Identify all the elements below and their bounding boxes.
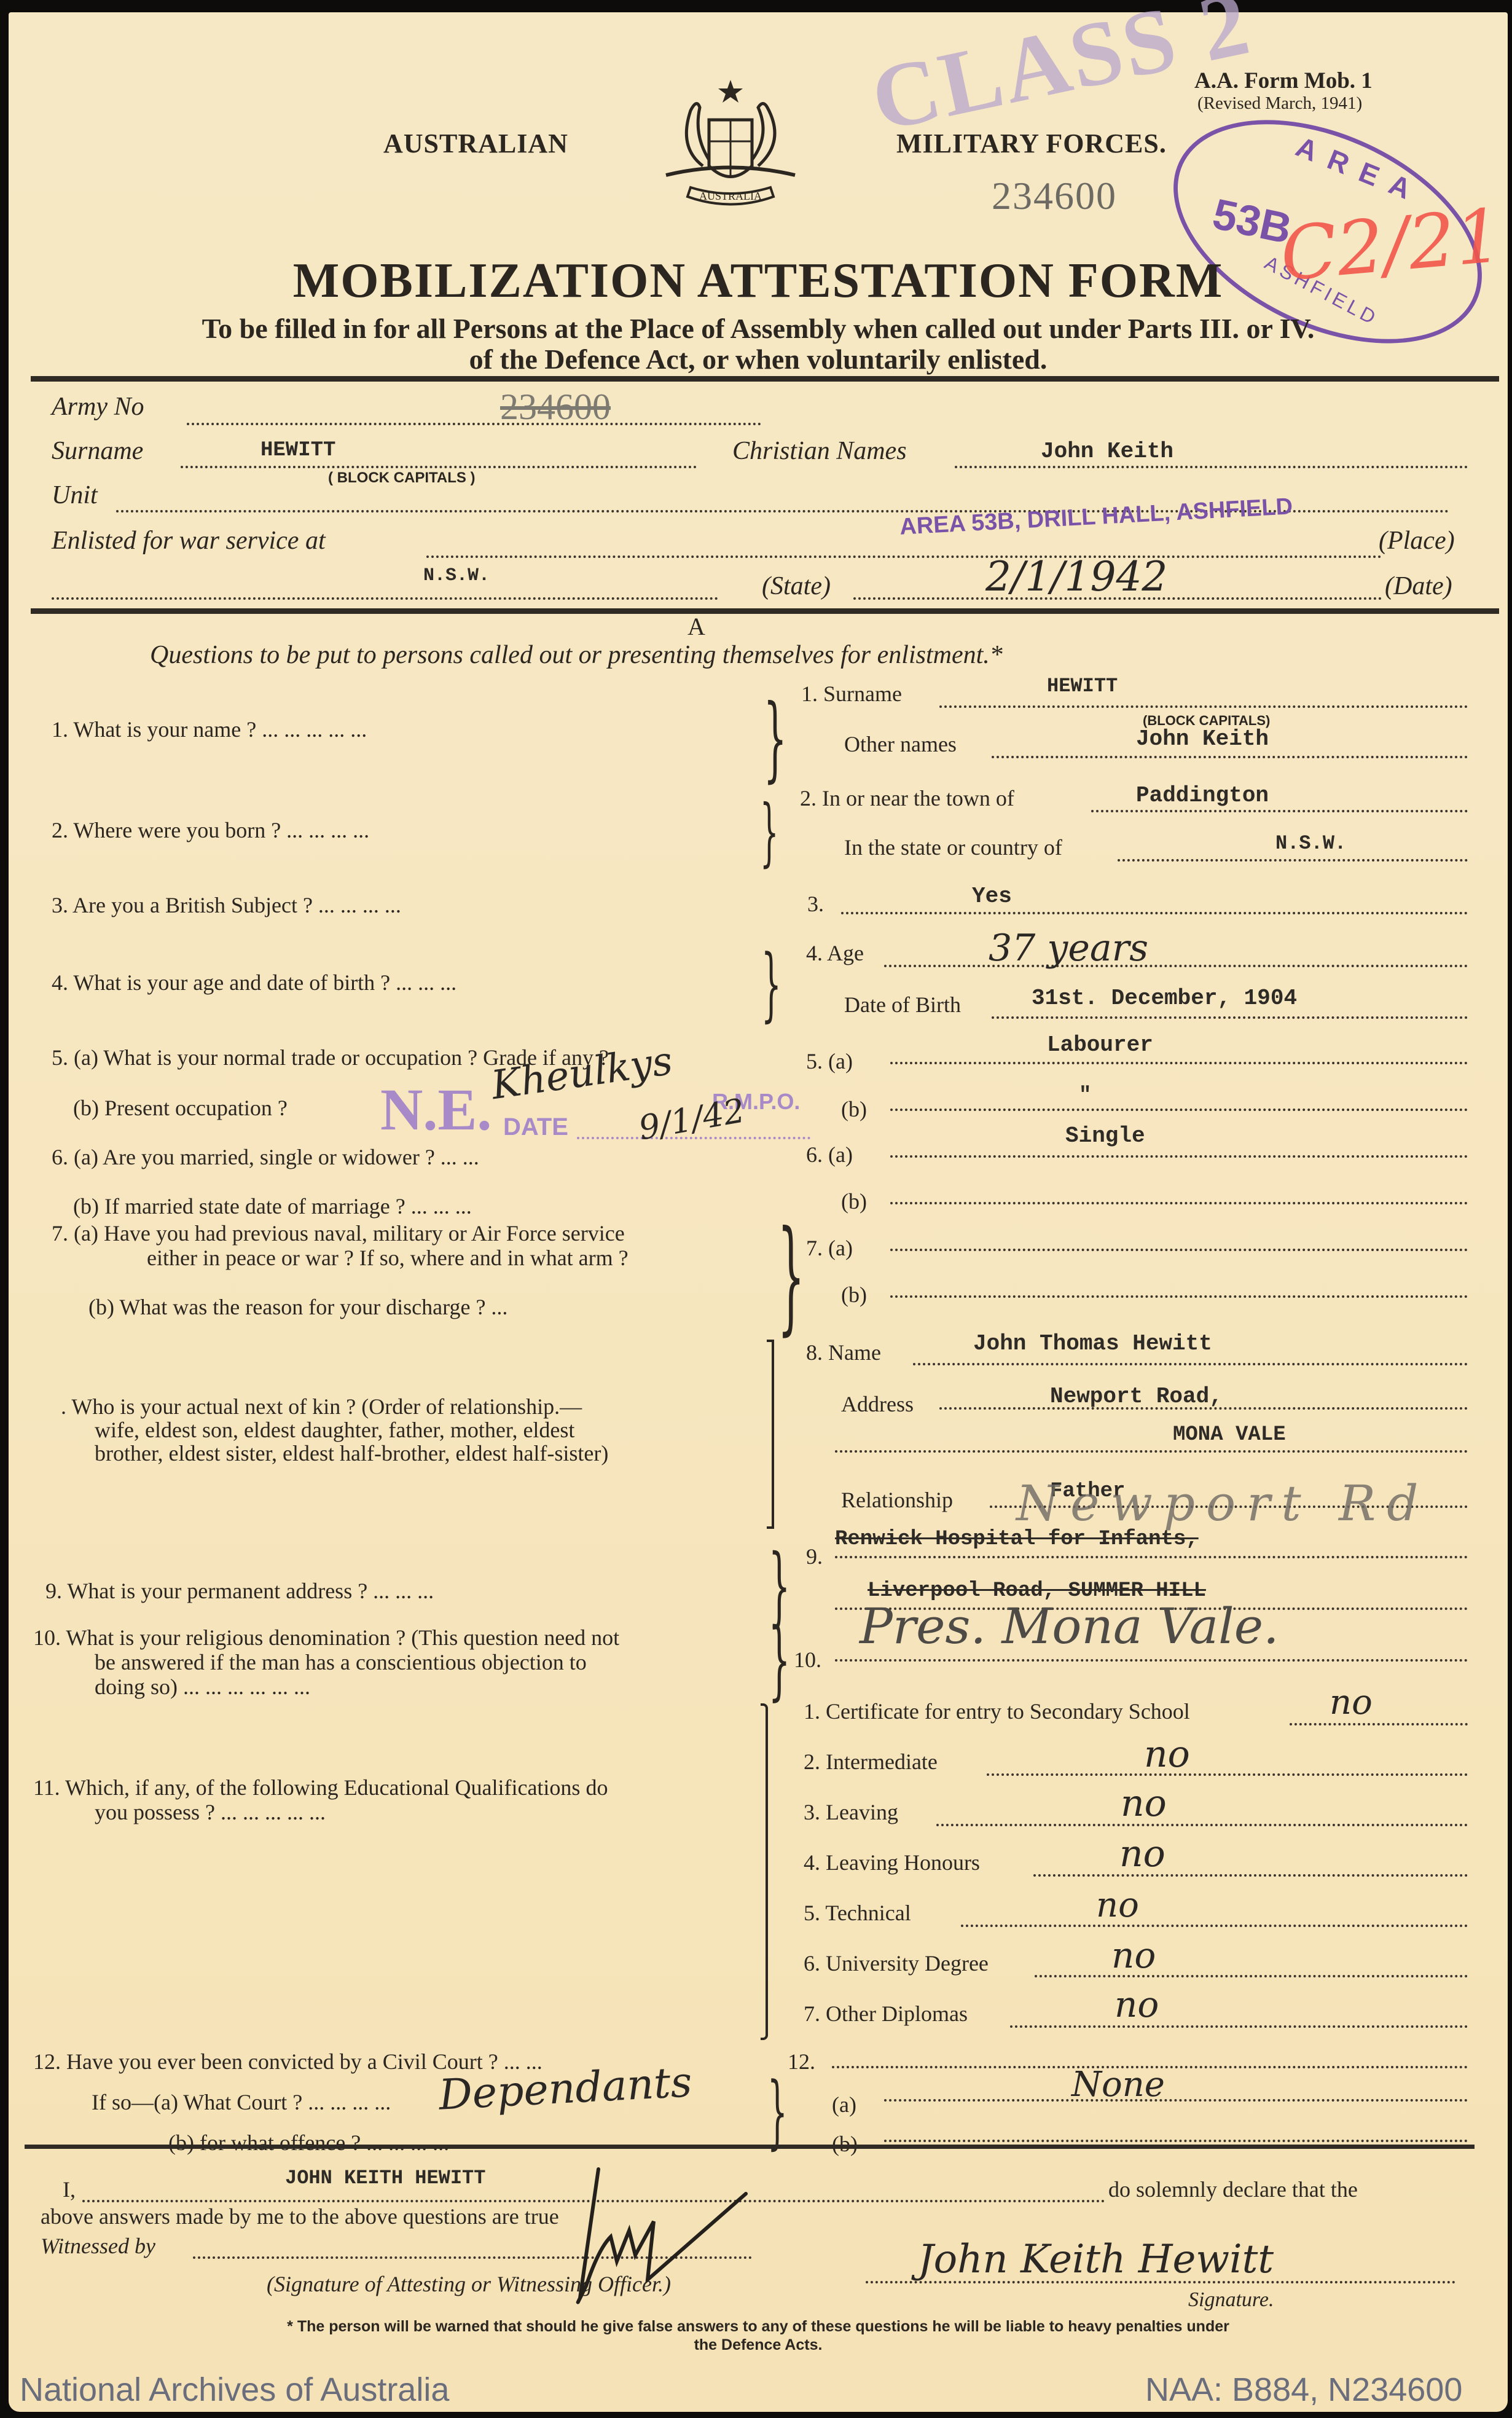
question-12a: If so—(a) What Court ? ... ... ... ... <box>92 2089 391 2115</box>
question-3: 3. Are you a British Subject ? ... ... .… <box>52 892 401 918</box>
brace-icon: } <box>764 685 787 792</box>
answer-11-item-2-value: no <box>1144 1733 1190 1776</box>
declaration-i-label: I, <box>63 2177 76 2202</box>
answer-4-age-field[interactable] <box>884 965 1468 967</box>
answer-10-label: 10. <box>794 1647 821 1673</box>
declaration-name: JOHN KEITH HEWITT <box>285 2167 485 2189</box>
answer-8-address-label: Address <box>841 1391 914 1417</box>
question-1: 1. What is your name ? ... ... ... ... .… <box>52 716 367 742</box>
applicant-signature: John Keith Hewitt <box>918 2237 1274 2282</box>
surname-field[interactable] <box>181 466 697 468</box>
answer-5b-label: (b) <box>841 1096 867 1122</box>
question-6a: 6. (a) Are you married, single or widowe… <box>52 1144 479 1170</box>
answer-2-town-field[interactable] <box>1091 810 1468 812</box>
answer-3-label: 3. <box>807 891 824 917</box>
answer-5a-label: 5. (a) <box>806 1048 853 1074</box>
enlisted-place-value: AREA 53B, DRILL HALL, ASHFIELD <box>899 493 1293 540</box>
answer-11-item-5-value: no <box>1096 1885 1139 1925</box>
block-capitals-note: ( BLOCK CAPITALS ) <box>328 469 476 487</box>
answer-11-item-3-value: no <box>1121 1782 1167 1825</box>
answer-9-field[interactable] <box>835 1556 1468 1558</box>
answer-2-town-value: Paddington <box>1136 783 1269 808</box>
answer-6b-field[interactable] <box>890 1202 1468 1204</box>
answer-4-age-value: 37 years <box>989 927 1148 970</box>
answer-5a-field[interactable] <box>890 1062 1468 1064</box>
state-value: N.S.W. <box>423 565 490 586</box>
answer-12-label: 12. <box>788 2049 815 2075</box>
date-label: (Date) <box>1385 571 1452 601</box>
answer-11-item-2-field[interactable] <box>987 1773 1468 1776</box>
question-7a-line1: 7. (a) Have you had previous naval, mili… <box>52 1220 625 1246</box>
answer-6b-label: (b) <box>841 1188 867 1214</box>
answer-11-item-1-field[interactable] <box>1290 1723 1468 1725</box>
answer-11-item-2-label: 2. Intermediate <box>804 1749 938 1775</box>
answer-11-item-3-field[interactable] <box>936 1824 1468 1826</box>
witness-signature-scribble <box>562 2163 770 2310</box>
form-title: MOBILIZATION ATTESTATION FORM <box>9 253 1508 309</box>
answer-11-item-4-field[interactable] <box>1033 1874 1468 1877</box>
answer-3-value: Yes <box>972 884 1012 909</box>
header-right-title: MILITARY FORCES. <box>896 128 1167 159</box>
answer-11-item-7-field[interactable] <box>1010 2025 1468 2028</box>
footnote-line1: * The person will be warned that should … <box>9 2318 1508 2336</box>
bracket <box>761 1703 768 2040</box>
stamped-number: 234600 <box>992 173 1117 219</box>
attestation-form-page: A.A. Form Mob. 1 (Revised March, 1941) C… <box>9 12 1508 2412</box>
bracket <box>767 1340 774 1529</box>
answer-3-field[interactable] <box>841 912 1468 914</box>
question-8-line1: . Who is your actual next of kin ? (Orde… <box>61 1394 582 1419</box>
answer-6a-field[interactable] <box>890 1155 1468 1158</box>
brace-icon: } <box>760 790 779 875</box>
question-5b: (b) Present occupation ? <box>73 1095 288 1121</box>
question-11-line1: 11. Which, if any, of the following Educ… <box>33 1775 608 1800</box>
answer-8-name-field[interactable] <box>913 1363 1468 1365</box>
enlisted-label: Enlisted for war service at <box>52 526 326 555</box>
declaration-line2: above answers made by me to the above qu… <box>41 2204 559 2229</box>
question-7a-line2: either in peace or war ? If so, where an… <box>147 1245 629 1271</box>
answer-11-item-3-label: 3. Leaving <box>804 1799 898 1825</box>
answer-11-item-6-value: no <box>1111 1934 1156 1976</box>
footnote-line2: the Defence Acts. <box>9 2336 1508 2354</box>
question-4: 4. What is your age and date of birth ? … <box>52 970 456 995</box>
state-field[interactable] <box>52 597 718 600</box>
brace-icon: } <box>761 937 781 1030</box>
answer-4-dob-field[interactable] <box>992 1016 1468 1019</box>
answer-10-value: Pres. Mona Vale. <box>860 1598 1279 1655</box>
answer-12a-field[interactable] <box>884 2099 1468 2102</box>
ne-rmpo-stamp: N.E. R.M.P.O. DATE Kheulkys 9/1/42 <box>380 1075 810 1143</box>
divider <box>31 608 1499 614</box>
answer-5a-value: Labourer <box>1047 1032 1153 1058</box>
brace-icon: } <box>769 1610 791 1710</box>
section-intro: Questions to be put to persons called ou… <box>150 640 1003 670</box>
answer-7a-label: 7. (a) <box>806 1235 853 1261</box>
answer-2-state-value: N.S.W. <box>1275 832 1346 855</box>
brace-icon: } <box>777 1204 805 1348</box>
answer-8-name-value: John Thomas Hewitt <box>973 1331 1212 1356</box>
answer-6a-value: Single <box>1065 1123 1145 1148</box>
divider <box>25 2145 1475 2149</box>
answer-12a-value: None <box>1071 2065 1165 2105</box>
christian-names-value: John Keith <box>1041 439 1173 464</box>
question-10-line1: 10. What is your religious denomination … <box>33 1625 619 1651</box>
state-label: (State) <box>762 571 831 601</box>
svg-text:AUSTRALIA: AUSTRALIA <box>699 190 762 202</box>
answer-11-item-7-value: no <box>1114 1984 1159 2025</box>
question-8-line3: brother, eldest sister, eldest half-brot… <box>95 1440 608 1466</box>
form-subtitle-2: of the Defence Act, or when voluntarily … <box>9 343 1508 375</box>
answer-6a-label: 6. (a) <box>806 1142 853 1168</box>
answer-8-address-field-2[interactable] <box>835 1450 1468 1453</box>
date-value: 2/1/1942 <box>985 553 1167 600</box>
divider <box>31 376 1499 382</box>
enlisted-place-field[interactable] <box>426 555 1382 558</box>
question-12b: (b) for what offence ? ... ... ... ... <box>168 2130 449 2156</box>
question-11-line2: you possess ? ... ... ... ... ... <box>95 1799 326 1825</box>
answer-11-item-6-label: 6. University Degree <box>804 1950 989 1976</box>
answer-4-dob-label: Date of Birth <box>844 992 961 1018</box>
answer-9-label: 9. <box>806 1544 823 1569</box>
unit-label: Unit <box>52 481 98 510</box>
answer-7a-field[interactable] <box>890 1249 1468 1251</box>
question-10-line3: doing so) ... ... ... ... ... ... <box>95 1674 310 1700</box>
answer-1-other-value: John Keith <box>1136 726 1269 752</box>
answer-1-surname-value: HEWITT <box>1047 675 1118 697</box>
answer-4-dob-value: 31st. December, 1904 <box>1032 986 1297 1011</box>
answer-1-surname-field[interactable] <box>939 705 1468 708</box>
answer-11-item-7-label: 7. Other Diplomas <box>804 2001 968 2027</box>
signature-caption: Signature. <box>1188 2288 1274 2312</box>
surname-label: Surname <box>52 436 143 466</box>
answer-7b-label: (b) <box>841 1282 867 1308</box>
question-9: 9. What is your permanent address ? ... … <box>45 1578 434 1604</box>
answer-11-item-5-label: 5. Technical <box>804 1900 911 1926</box>
answer-5b-field[interactable] <box>890 1109 1468 1111</box>
christian-names-field[interactable] <box>955 466 1468 468</box>
answer-12a-label: (a) <box>832 2092 856 2118</box>
section-letter: A <box>687 612 705 641</box>
answer-8-relationship-label: Relationship <box>841 1487 953 1513</box>
question-8-line2: wife, eldest son, eldest daughter, fathe… <box>95 1417 574 1443</box>
header-left-title: AUSTRALIAN <box>383 128 568 159</box>
answer-2-state-label: In the state or country of <box>844 834 1062 860</box>
answer-4-age-label: 4. Age <box>806 940 864 966</box>
answer-9-line1: Renwick Hospital for Infants, <box>835 1528 1199 1551</box>
answer-10-field[interactable] <box>835 1659 1468 1662</box>
form-subtitle-1: To be filled in for all Persons at the P… <box>9 312 1508 345</box>
witnessed-label: Witnessed by <box>41 2233 155 2259</box>
answer-2-town-label: 2. In or near the town of <box>800 785 1014 811</box>
ne-date-label: DATE <box>503 1113 568 1141</box>
answer-5b-value: " <box>1079 1084 1091 1107</box>
answer-12b-label: (b) <box>832 2131 858 2157</box>
question-7b: (b) What was the reason for your dischar… <box>88 1294 507 1320</box>
army-no-label: Army No <box>52 392 144 422</box>
question-6b: (b) If married state date of marriage ? … <box>73 1193 472 1219</box>
archive-reference: NAA: B884, N234600 <box>1145 2371 1462 2409</box>
surname-value: HEWITT <box>260 439 335 462</box>
answer-8-handwritten-overlay: Newport Rd <box>1016 1475 1429 1532</box>
answer-1-surname-label: 1. Surname <box>801 681 902 707</box>
answer-7b-field[interactable] <box>890 1295 1468 1298</box>
question-2: 2. Where were you born ? ... ... ... ... <box>52 817 369 843</box>
christian-names-label: Christian Names <box>732 436 907 466</box>
answer-11-item-4-value: no <box>1119 1832 1165 1875</box>
answer-8-address-line1: Newport Road, <box>1050 1384 1223 1409</box>
place-label: (Place) <box>1379 526 1455 555</box>
declaration-text: do solemnly declare that the <box>1108 2177 1358 2202</box>
form-revised: (Revised March, 1941) <box>1197 93 1362 114</box>
answer-11-item-4-label: 4. Leaving Honours <box>804 1850 980 1875</box>
answer-11-item-6-field[interactable] <box>1035 1975 1468 1977</box>
answer-8-address-line2: MONA VALE <box>1173 1423 1286 1446</box>
army-no-value: 234600 <box>500 386 611 428</box>
question-10-line2: be answered if the man has a conscientio… <box>95 1649 587 1675</box>
answer-11-item-1-value: no <box>1330 1682 1373 1722</box>
answer-12b-field[interactable] <box>884 2140 1468 2142</box>
answer-11-item-5-field[interactable] <box>961 1925 1468 1927</box>
coat-of-arms-icon: AUSTRALIA <box>654 74 807 227</box>
answer-11-item-1-label: 1. Certificate for entry to Secondary Sc… <box>804 1698 1190 1724</box>
archive-watermark: National Archives of Australia <box>20 2371 449 2409</box>
answer-8-name-label: 8. Name <box>806 1340 881 1365</box>
ne-letters: N.E. <box>380 1075 492 1144</box>
army-no-field[interactable] <box>187 423 761 425</box>
answer-2-state-field[interactable] <box>1118 859 1468 862</box>
answer-1-other-label: Other names <box>844 731 957 757</box>
answer-1-other-field[interactable] <box>992 756 1468 758</box>
